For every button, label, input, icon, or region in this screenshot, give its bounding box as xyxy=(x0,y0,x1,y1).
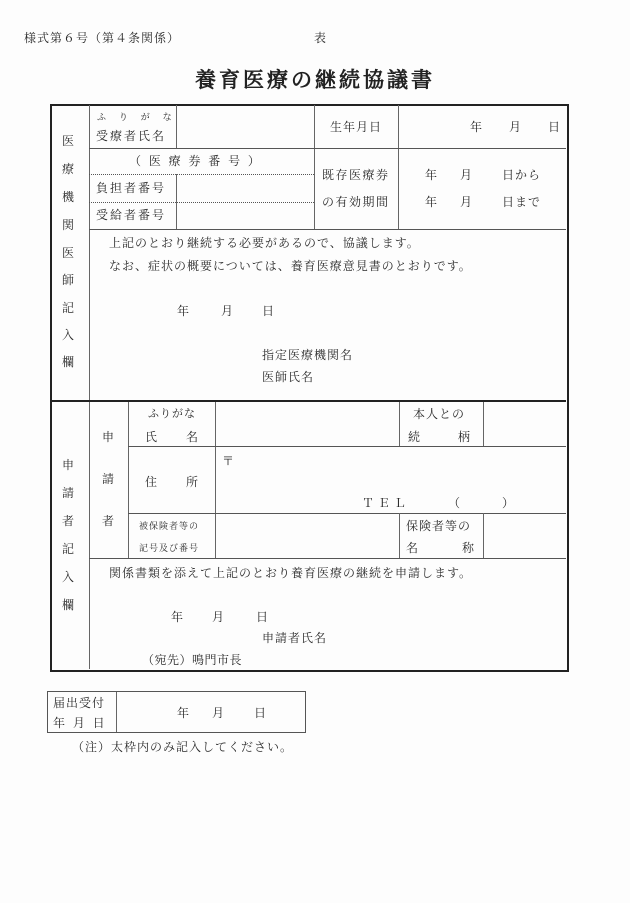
validity-from-month-unit: 月 xyxy=(460,168,473,182)
payer-number-field[interactable] xyxy=(178,175,313,201)
medical-date-year-unit: 年 xyxy=(177,304,190,318)
insurer-label-b: 称 xyxy=(462,541,475,555)
insurer-label-line1: 保険者等の xyxy=(406,519,471,533)
applicant-name-field[interactable] xyxy=(217,403,398,445)
doctor-name-label: 医師氏名 xyxy=(262,370,314,384)
patient-name-field[interactable] xyxy=(178,106,313,147)
doctor-name-field[interactable] xyxy=(320,368,560,386)
institution-name-field[interactable] xyxy=(360,346,560,364)
receipt-date-year-unit: 年 xyxy=(177,706,190,720)
medical-date-day-unit: 日 xyxy=(262,304,275,318)
validity-period-field[interactable] xyxy=(400,150,564,228)
patient-name-label: 受療者氏名 xyxy=(96,129,166,143)
birthdate-month-unit: 月 xyxy=(509,120,522,134)
insured-label-line1: 被保険者等の xyxy=(139,520,199,534)
recipient-number-label: 受給者番号 xyxy=(96,208,166,222)
address-label-b: 所 xyxy=(186,475,199,489)
birthdate-label: 生年月日 xyxy=(330,120,382,134)
addressee: （宛先）鳴門市長 xyxy=(142,653,242,667)
applicant-date-day-unit: 日 xyxy=(256,610,269,624)
validity-from-year-unit: 年 xyxy=(425,168,438,182)
applicant-name-label-a: 氏 xyxy=(145,430,158,444)
relationship-label-line1: 本人との xyxy=(413,407,465,421)
applicant-date-month-unit: 月 xyxy=(212,610,225,624)
insured-label-line2: 記号及び番号 xyxy=(139,542,199,556)
medical-date-month-unit: 月 xyxy=(221,304,234,318)
validity-label-line2: の有効期間 xyxy=(322,195,390,209)
applicant-name-sign-label: 申請者氏名 xyxy=(262,631,327,645)
validity-from-day-unit: 日から xyxy=(502,168,541,182)
validity-to-day-unit: 日まで xyxy=(502,195,541,209)
institution-name-label: 指定医療機関名 xyxy=(262,348,353,362)
receipt-label-line1: 届出受付 xyxy=(53,696,105,710)
patient-furigana-label: ふ り が な xyxy=(97,111,177,125)
form-number: 様式第６号（第４条関係） xyxy=(24,31,180,45)
footnote: （注）太枠内のみ記入してください。 xyxy=(72,740,293,754)
validity-to-month-unit: 月 xyxy=(460,195,473,209)
address-label-a: 住 xyxy=(145,475,158,489)
insured-number-field[interactable] xyxy=(217,515,398,557)
address-field[interactable] xyxy=(217,448,564,490)
applicant-signature-field[interactable] xyxy=(340,629,560,647)
receipt-date-month-unit: 月 xyxy=(212,706,225,720)
ticket-number-heading: （ 医 療 券 番 号 ） xyxy=(129,154,262,168)
relationship-label-a: 続 xyxy=(408,430,421,444)
tel-label: ＴＥＬ xyxy=(362,496,410,510)
relationship-label-b: 柄 xyxy=(458,430,471,444)
birthdate-day-unit: 日 xyxy=(548,120,561,134)
applicant-statement: 関係書類を添えて上記のとおり養育医療の継続を申請します。 xyxy=(109,566,472,580)
birthdate-year-unit: 年 xyxy=(470,120,483,134)
validity-to-year-unit: 年 xyxy=(425,195,438,209)
front-side-label: 表 xyxy=(314,31,327,45)
receipt-date-day-unit: 日 xyxy=(254,706,267,720)
insurer-label-a: 名 xyxy=(406,541,419,555)
medical-statement-line1: 上記のとおり継続する必要があるので、協議します。 xyxy=(109,236,420,250)
payer-number-label: 負担者番号 xyxy=(96,181,166,195)
page-title: 養育医療の継続協議書 xyxy=(0,64,630,94)
applicant-furigana-label: ふりがな xyxy=(148,407,196,421)
receipt-label-line2: 年 月 日 xyxy=(53,716,107,730)
applicant-name-label-b: 名 xyxy=(186,430,199,444)
insurer-name-field[interactable] xyxy=(485,515,564,557)
applicant-date-year-unit: 年 xyxy=(171,610,184,624)
tel-field[interactable] xyxy=(420,494,560,511)
medical-statement-line2: なお、症状の概要については、養育医療意見書のとおりです。 xyxy=(109,259,472,273)
relationship-field[interactable] xyxy=(485,403,564,445)
validity-label-line1: 既存医療券 xyxy=(322,168,390,182)
recipient-number-field[interactable] xyxy=(178,203,313,228)
